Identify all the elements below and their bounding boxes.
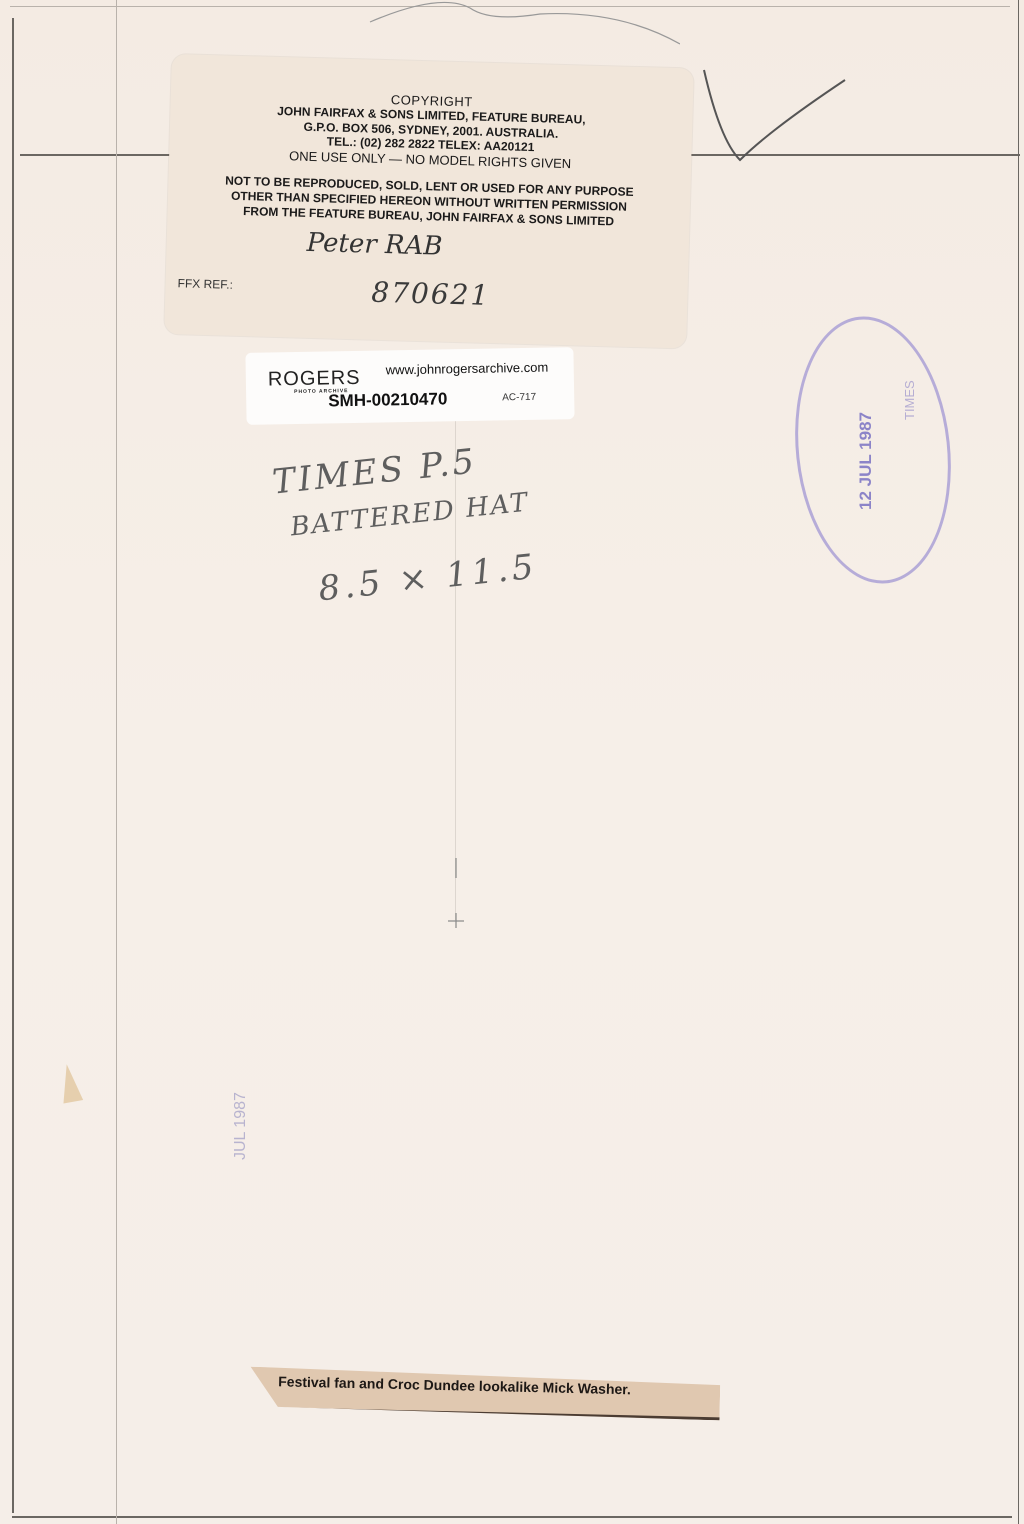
right-border-line bbox=[1018, 0, 1019, 1524]
paper-tear-mark bbox=[57, 1063, 83, 1104]
ffx-ref-value: 870621 bbox=[371, 276, 491, 312]
handwritten-note-line3: 8.5 × 11.5 bbox=[317, 547, 540, 610]
caption-text: Festival fan and Croc Dundee lookalike M… bbox=[278, 1373, 631, 1397]
stamp-times: TIMES bbox=[902, 380, 917, 420]
archive-code: AC-717 bbox=[502, 392, 536, 404]
handwritten-note-line1: TIMES P.5 bbox=[270, 441, 478, 502]
bottom-border-line bbox=[12, 1516, 1012, 1518]
left-border-line bbox=[12, 18, 14, 1513]
archive-url: www.johnrogersarchive.com bbox=[386, 360, 549, 378]
pencil-squiggle-icon bbox=[360, 0, 680, 50]
copyright-label: COPYRIGHT JOHN FAIRFAX & SONS LIMITED, F… bbox=[164, 54, 694, 348]
stamp-date: 12 JUL 1987 bbox=[856, 412, 876, 510]
crosshair-mark-icon bbox=[446, 858, 466, 928]
photographer-signature: Peter RAB bbox=[306, 228, 442, 262]
archive-label: ROGERS PHOTO ARCHIVE www.johnrogersarchi… bbox=[245, 347, 574, 425]
small-date-stamp: JUL 1987 bbox=[232, 1092, 250, 1160]
ffx-ref-label: FFX REF.: bbox=[177, 276, 233, 292]
caption-clipping: Festival fan and Croc Dundee lookalike M… bbox=[250, 1367, 721, 1421]
archive-id: SMH-00210470 bbox=[328, 389, 447, 411]
photo-back-page: COPYRIGHT JOHN FAIRFAX & SONS LIMITED, F… bbox=[0, 0, 1024, 1524]
vertical-center-line bbox=[116, 0, 117, 1524]
checkmark-icon bbox=[700, 60, 860, 170]
